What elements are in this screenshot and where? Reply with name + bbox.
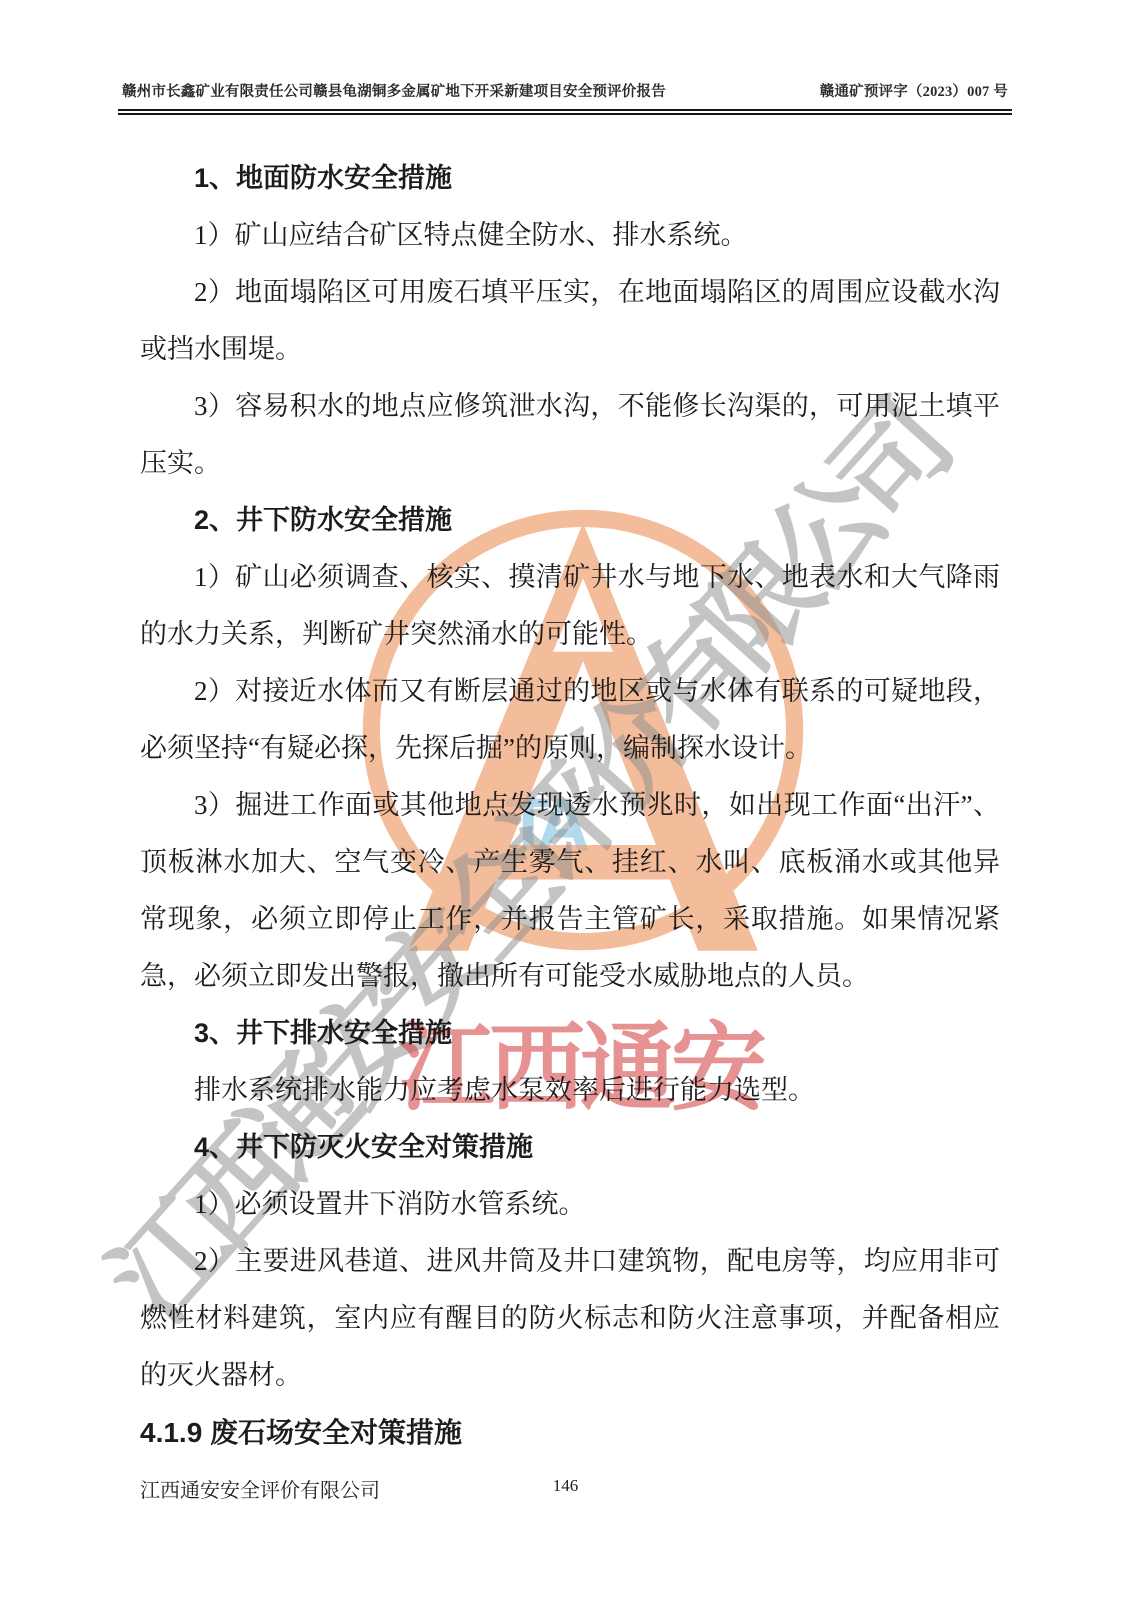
paragraph: 3）掘进工作面或其他地点发现透水预兆时，如出现工作面“出汗”、顶板淋水加大、空气… bbox=[140, 777, 1000, 1005]
document-page: TA 江西通安安全评价有限公司 江西通安 赣州市长鑫矿业有限责任公司赣县龟湖铜多… bbox=[0, 0, 1131, 1600]
header-report-title: 赣州市长鑫矿业有限责任公司赣县龟湖铜多金属矿地下开采新建项目安全预评价报告 bbox=[122, 80, 666, 101]
header-doc-number: 赣通矿预评字（2023）007 号 bbox=[820, 80, 1008, 101]
sub-heading: 4、井下防灭火安全对策措施 bbox=[140, 1119, 1000, 1176]
paragraph: 1）矿山应结合矿区特点健全防水、排水系统。 bbox=[140, 207, 1000, 264]
footer-company-name: 江西通安安全评价有限公司 bbox=[140, 1480, 380, 1502]
paragraph: 排水系统排水能力应考虑水泵效率后进行能力选型。 bbox=[140, 1062, 1000, 1119]
body-text: 1、地面防水安全措施 1）矿山应结合矿区特点健全防水、排水系统。 2）地面塌陷区… bbox=[140, 150, 1000, 1461]
sub-heading: 1、地面防水安全措施 bbox=[140, 150, 1000, 207]
footer-page-number: 146 bbox=[553, 1476, 579, 1496]
paragraph: 1）矿山必须调查、核实、摸清矿井水与地下水、地表水和大气降雨的水力关系，判断矿井… bbox=[140, 549, 1000, 663]
paragraph: 2）主要进风巷道、进风井筒及井口建筑物，配电房等，均应用非可燃性材料建筑，室内应… bbox=[140, 1233, 1000, 1404]
header-divider bbox=[118, 109, 1012, 115]
page-footer: 江西通安安全评价有限公司 146 bbox=[140, 1474, 991, 1503]
paragraph: 1）必须设置井下消防水管系统。 bbox=[140, 1176, 1000, 1233]
paragraph: 2）对接近水体而又有断层通过的地区或与水体有联系的可疑地段，必须坚持“有疑必探，… bbox=[140, 663, 1000, 777]
paragraph: 2）地面塌陷区可用废石填平压实，在地面塌陷区的周围应设截水沟或挡水围堤。 bbox=[140, 264, 1000, 378]
page-content: 赣州市长鑫矿业有限责任公司赣县龟湖铜多金属矿地下开采新建项目安全预评价报告 赣通… bbox=[0, 0, 1131, 1600]
sub-heading: 3、井下排水安全措施 bbox=[140, 1005, 1000, 1062]
paragraph: 3）容易积水的地点应修筑泄水沟，不能修长沟渠的，可用泥土填平压实。 bbox=[140, 378, 1000, 492]
section-heading: 4.1.9 废石场安全对策措施 bbox=[140, 1404, 1000, 1461]
page-header: 赣州市长鑫矿业有限责任公司赣县龟湖铜多金属矿地下开采新建项目安全预评价报告 赣通… bbox=[118, 80, 1012, 115]
sub-heading: 2、井下防水安全措施 bbox=[140, 492, 1000, 549]
